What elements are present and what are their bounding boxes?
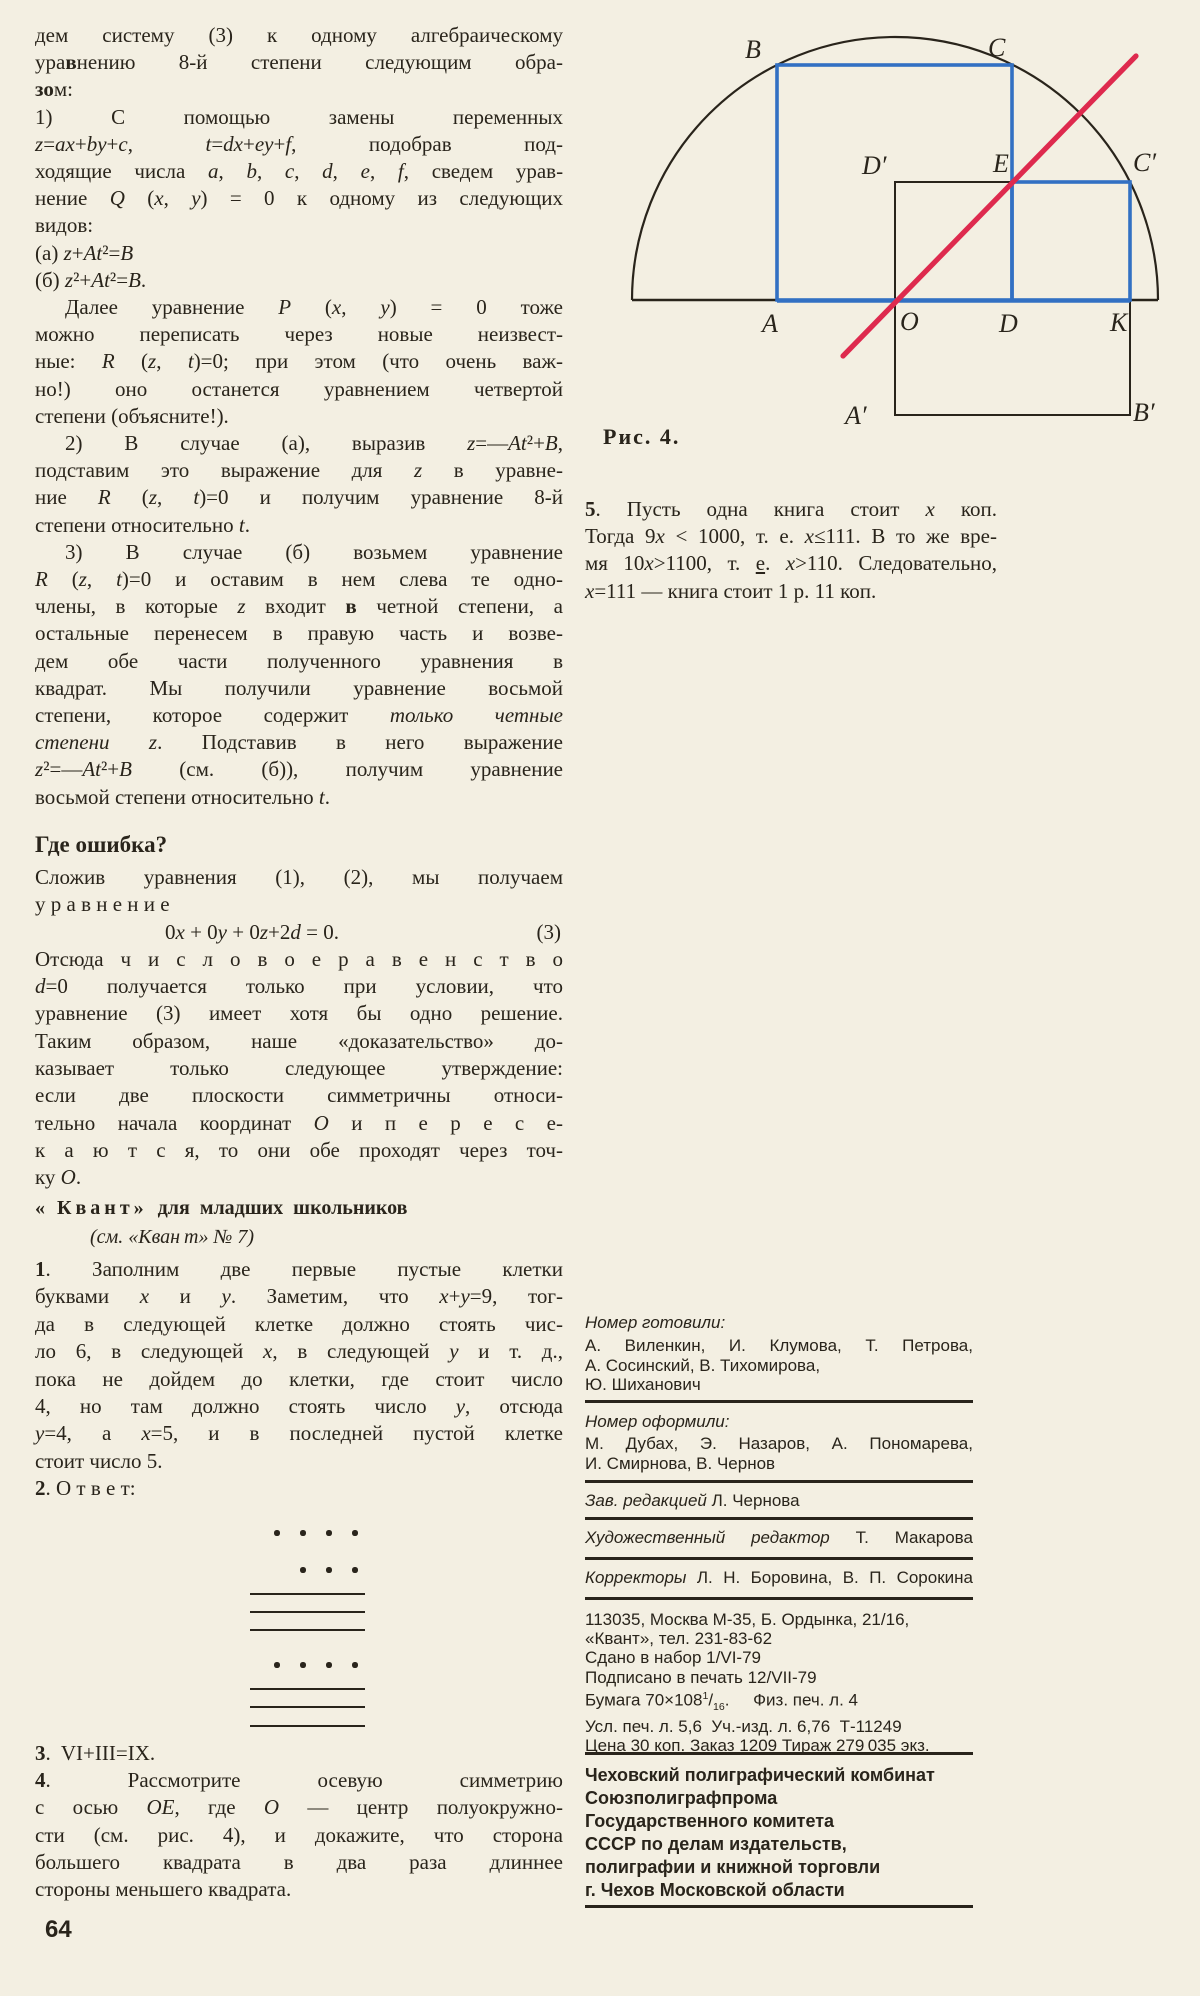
right-item5: 5. Пусть одна книга стоит x коп.Тогда 9x… xyxy=(585,496,997,605)
text-line: 1. Заполним две первые пустые клетки xyxy=(35,1256,563,1283)
text-line: 2) В случае (а), выразив z=—At²+B, xyxy=(35,430,563,457)
text-line: с осью ОЕ, где О — центр полуокружно- xyxy=(35,1794,563,1821)
journal-page: BCD′EC′AODKA′B′ Рис. 4. 64 дем систему (… xyxy=(0,0,1200,1996)
figure-ris4: BCD′EC′AODKA′B′ xyxy=(560,8,1200,460)
page-number: 64 xyxy=(45,1916,72,1944)
answer-dot xyxy=(326,1567,331,1572)
figure-caption: Рис. 4. xyxy=(603,424,680,450)
figure-point-label: D xyxy=(998,309,1018,338)
imprint-printing-house: Чеховский полиграфический комбинатСоюзпо… xyxy=(585,1764,973,1902)
text-line: пока не дойдем до клетки, где стоит числ… xyxy=(35,1366,563,1393)
text-line: стороны меньшего квадрата. xyxy=(35,1876,563,1903)
text-line: ло 6, в следующей x, в следующей y и т. … xyxy=(35,1338,563,1365)
text-line: уравнению 8-й степени следующим обра- xyxy=(35,49,563,76)
text-line: можно переписать через новые неизвест- xyxy=(35,321,563,348)
answer-bar xyxy=(250,1688,365,1690)
imprint-proofreaders: Корректоры Л. Н. Боровина, В. П. Сорокин… xyxy=(585,1568,973,1588)
text-line: казывает только следующее утверждение: xyxy=(35,1055,563,1082)
text-line: « Квант» для младших школьников xyxy=(35,1194,563,1223)
text-line: уравнение (3) имеет хотя бы одно решение… xyxy=(35,1000,563,1027)
answer-dot xyxy=(274,1662,279,1667)
text-line: ние R (z, t)=0 и получим уравнение 8-й xyxy=(35,484,563,511)
imprint-design-names: М. Дубах, Э. Назаров, А. Пономарева,И. С… xyxy=(585,1434,973,1473)
text-line: СССР по делам издательств, xyxy=(585,1833,973,1856)
imprint-divider-rule xyxy=(585,1557,973,1560)
text-line: зом: xyxy=(35,76,563,103)
text-line: тельно начала координат О и п е р е с е- xyxy=(35,1110,563,1137)
text-line: 5. Пусть одна книга стоит x коп. xyxy=(585,496,997,523)
text-line: ку О. xyxy=(35,1164,563,1191)
text-line: квадрат. Мы получили уравнение восьмой xyxy=(35,675,563,702)
imprint-prepared-names: А. Виленкин, И. Клумова, Т. Петрова,А. С… xyxy=(585,1336,973,1395)
text-line: (б) z²+At²=B. xyxy=(35,267,563,294)
text-line: да в следующей клетке должно стоять чис- xyxy=(35,1311,563,1338)
text-line: буквами x и y. Заметим, что x+y=9, тог- xyxy=(35,1283,563,1310)
text-line: Чеховский полиграфический комбинат xyxy=(585,1764,973,1787)
text-line: Художественный редактор Т. Макарова xyxy=(585,1528,973,1548)
figure-point-label: O xyxy=(900,307,919,336)
text-line: x=111 — книга стоит 1 р. 11 коп. xyxy=(585,578,997,605)
heading-where-is-mistake: Где ошибка? xyxy=(35,830,563,860)
answer-dot xyxy=(300,1567,305,1572)
text-line: дем обе части полученного уравнения в xyxy=(35,648,563,675)
text-line: 1) С помощью замены переменных xyxy=(35,104,563,131)
text-line: у р а в н е н и е xyxy=(35,891,563,918)
text-line: Номер готовили: xyxy=(585,1313,973,1333)
text-line: полиграфии и книжной торговли xyxy=(585,1856,973,1879)
red-axis-line xyxy=(843,56,1136,356)
text-line: г. Чехов Московской области xyxy=(585,1879,973,1902)
text-line: остальные перенесем в правую часть и воз… xyxy=(35,620,563,647)
text-line: y=4, а x=5, и в последней пустой клетке xyxy=(35,1420,563,1447)
heading-kvant-young: « Квант» для младших школьников(см. «Ква… xyxy=(35,1194,563,1252)
text-line: Сложив уравнения (1), (2), мы получаем xyxy=(35,864,563,891)
figure-point-label: D′ xyxy=(861,151,887,180)
imprint-divider-rule xyxy=(585,1752,973,1755)
text-line: 3. VI+III=IX. xyxy=(35,1740,563,1767)
answer-bar xyxy=(250,1629,365,1631)
answer-dot xyxy=(300,1530,305,1535)
text-line: Сдано в набор 1/VI-79 xyxy=(585,1648,973,1667)
text-line: 0x + 0y + 0z+2d = 0.(3) xyxy=(35,919,563,946)
text-line: но!) оно останется уравнением четвертой xyxy=(35,376,563,403)
text-line: Зав. редакцией Л. Чернова xyxy=(585,1491,973,1511)
text-line: Тогда 9x < 1000, т. е. x≤111. В то же вр… xyxy=(585,523,997,550)
text-line: 4, но там должно стоять число y, отсюда xyxy=(35,1393,563,1420)
text-line: Корректоры Л. Н. Боровина, В. П. Сорокин… xyxy=(585,1568,973,1588)
text-line: степени относительно t. xyxy=(35,512,563,539)
text-line: z=ax+by+c, t=dx+ey+f, подобрав под- xyxy=(35,131,563,158)
left-para-answer1: 1. Заполним две первые пустые клеткибукв… xyxy=(35,1256,563,1503)
text-line: степени, которое содержит только четные xyxy=(35,702,563,729)
text-line: Союзполиграфпрома xyxy=(585,1787,973,1810)
text-line: подставим это выражение для z в уравне- xyxy=(35,457,563,484)
answer-bar xyxy=(250,1593,365,1595)
answer-bar xyxy=(250,1706,365,1708)
text-line: Ю. Шиханович xyxy=(585,1375,973,1395)
figure-point-label: B xyxy=(745,35,761,64)
small-blue-square xyxy=(1012,182,1130,300)
text-line: стоит число 5. xyxy=(35,1448,563,1475)
left-para-mistake: Сложив уравнения (1), (2), мы получаему … xyxy=(35,864,563,1192)
text-line: «Квант», тел. 231-83-62 xyxy=(585,1629,973,1648)
text-line: ные: R (z, t)=0; при этом (что очень важ… xyxy=(35,348,563,375)
text-line: (см. «Кван т» № 7) xyxy=(35,1223,563,1252)
figure-point-label: A′ xyxy=(843,401,867,430)
text-line: сти (см. рис. 4), и докажите, что сторон… xyxy=(35,1822,563,1849)
text-line: d=0 получается только при условии, что xyxy=(35,973,563,1000)
text-line: восьмой степени относительно t. xyxy=(35,784,563,811)
answer-dot xyxy=(352,1530,357,1535)
text-line: большего квадрата в два раза длиннее xyxy=(35,1849,563,1876)
figure-point-label: E xyxy=(992,149,1009,178)
answer-dot xyxy=(300,1662,305,1667)
text-line: Отсюда ч и с л о в о е р а в е н с т в о xyxy=(35,946,563,973)
imprint-address: 113035, Москва М-35, Б. Ордынка, 21/16,«… xyxy=(585,1610,973,1755)
text-line: 4. Рассмотрите осевую симметрию xyxy=(35,1767,563,1794)
figure-point-label: C′ xyxy=(1133,148,1156,177)
text-line: (а) z+At²=B xyxy=(35,240,563,267)
text-line: А. Виленкин, И. Клумова, Т. Петрова, xyxy=(585,1336,973,1356)
text-line: Где ошибка? xyxy=(35,830,563,860)
text-line: видов: xyxy=(35,212,563,239)
text-line: 2. О т в е т: xyxy=(35,1475,563,1502)
text-line: R (z, t)=0 и оставим в нем слева те одно… xyxy=(35,566,563,593)
figure-point-label: A xyxy=(760,309,778,338)
figure-point-label: C xyxy=(988,33,1006,62)
left-para-method: дем систему (3) к одному алгебраическому… xyxy=(35,22,563,811)
answer-dot xyxy=(326,1662,331,1667)
text-line: если две плоскости симметричны относи- xyxy=(35,1082,563,1109)
text-line: 113035, Москва М-35, Б. Ордынка, 21/16, xyxy=(585,1610,973,1629)
text-line: нение Q (x, y) = 0 к одному из следующих xyxy=(35,185,563,212)
left-para-answers-tail: 3. VI+III=IX.4. Рассмотрите осевую симме… xyxy=(35,1740,563,1903)
answer-dot xyxy=(326,1530,331,1535)
text-line: дем систему (3) к одному алгебраическому xyxy=(35,22,563,49)
text-line: степени z. Подставив в него выражение xyxy=(35,729,563,756)
answer-dot xyxy=(274,1530,279,1535)
text-line: Государственного комитета xyxy=(585,1810,973,1833)
text-line: А. Сосинский, В. Тихомирова, xyxy=(585,1356,973,1376)
text-line: мя 10x>1100, т. е. x>110. Следовательно, xyxy=(585,550,997,577)
imprint-divider-rule xyxy=(585,1517,973,1520)
text-line: И. Смирнова, В. Чернов xyxy=(585,1454,973,1474)
imprint-divider-rule xyxy=(585,1400,973,1403)
text-line: Подписано в печать 12/VII-79 xyxy=(585,1668,973,1687)
imprint-design-label: Номер оформили: xyxy=(585,1412,973,1432)
text-line: Таким образом, наше «доказательство» до- xyxy=(35,1028,563,1055)
figure-point-label: K xyxy=(1109,308,1129,337)
text-line: z²=—At²+B (см. (б)), получим уравнение xyxy=(35,756,563,783)
imprint-divider-rule xyxy=(585,1597,973,1600)
imprint-divider-rule xyxy=(585,1480,973,1483)
answer-dot xyxy=(352,1567,357,1572)
text-line: 3) В случае (б) возьмем уравнение xyxy=(35,539,563,566)
answer-dot xyxy=(352,1662,357,1667)
answer-bar xyxy=(250,1611,365,1613)
equation-number: (3) xyxy=(537,919,562,946)
text-line: члены, в которые z входит в четной степе… xyxy=(35,593,563,620)
imprint-editor: Зав. редакцией Л. Чернова xyxy=(585,1491,973,1511)
text-line: степени (объясните!). xyxy=(35,403,563,430)
figure-point-label: B′ xyxy=(1133,398,1155,427)
text-line: М. Дубах, Э. Назаров, А. Пономарева, xyxy=(585,1434,973,1454)
imprint-art-editor: Художественный редактор Т. Макарова xyxy=(585,1528,973,1548)
text-line: Усл. печ. л. 5,6 Уч.-изд. л. 6,76 Т-1124… xyxy=(585,1717,973,1736)
text-line: Далее уравнение P (x, y) = 0 тоже xyxy=(35,294,563,321)
imprint-prepared-label: Номер готовили: xyxy=(585,1313,973,1333)
text-line: Бумага 70×1081/16. Физ. печ. л. 4 xyxy=(585,1687,973,1717)
text-line: ходящие числа a, b, c, d, e, f, сведем у… xyxy=(35,158,563,185)
imprint-divider-rule xyxy=(585,1905,973,1908)
text-line: к а ю т с я, то они обе проходят через т… xyxy=(35,1137,563,1164)
answer-bar xyxy=(250,1725,365,1727)
text-line: Номер оформили: xyxy=(585,1412,973,1432)
